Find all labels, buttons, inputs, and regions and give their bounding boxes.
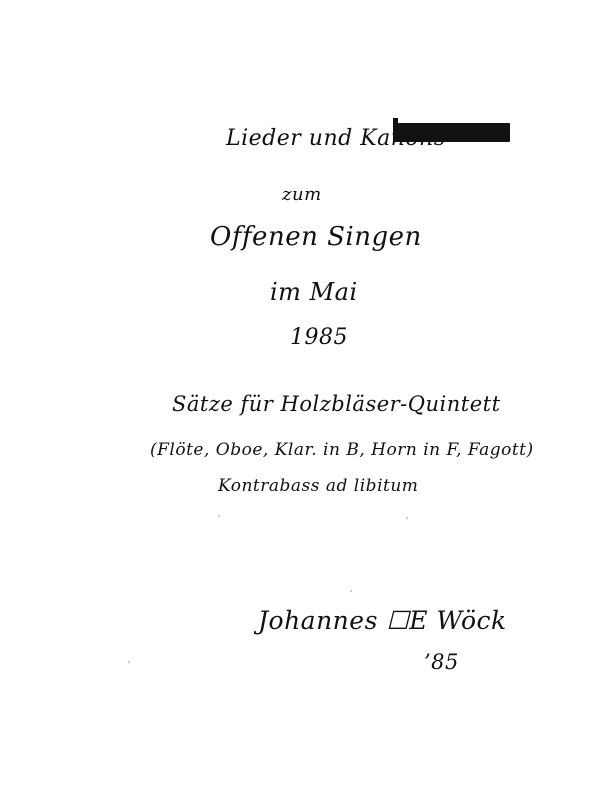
subtitle: Sätze für Holzbläser-Quintett bbox=[172, 392, 501, 416]
instrumentation: (Flöte, Oboe, Klar. in B, Horn in F, Fag… bbox=[150, 440, 534, 460]
year: 1985 bbox=[290, 325, 348, 350]
title-line-4: im Mai bbox=[270, 278, 358, 306]
author-signature: Johannes ☐E Wöck bbox=[258, 606, 507, 635]
scan-speck bbox=[218, 515, 220, 517]
title-line-2: zum bbox=[282, 184, 322, 205]
scan-speck bbox=[406, 517, 408, 519]
scan-speck bbox=[350, 590, 352, 592]
scan-speck bbox=[128, 661, 130, 663]
signature-date: ’85 bbox=[424, 650, 459, 674]
extra-instrument: Kontrabass ad libitum bbox=[218, 476, 418, 496]
redaction-bar bbox=[393, 123, 510, 142]
title-line-3: Offenen Singen bbox=[210, 222, 422, 252]
